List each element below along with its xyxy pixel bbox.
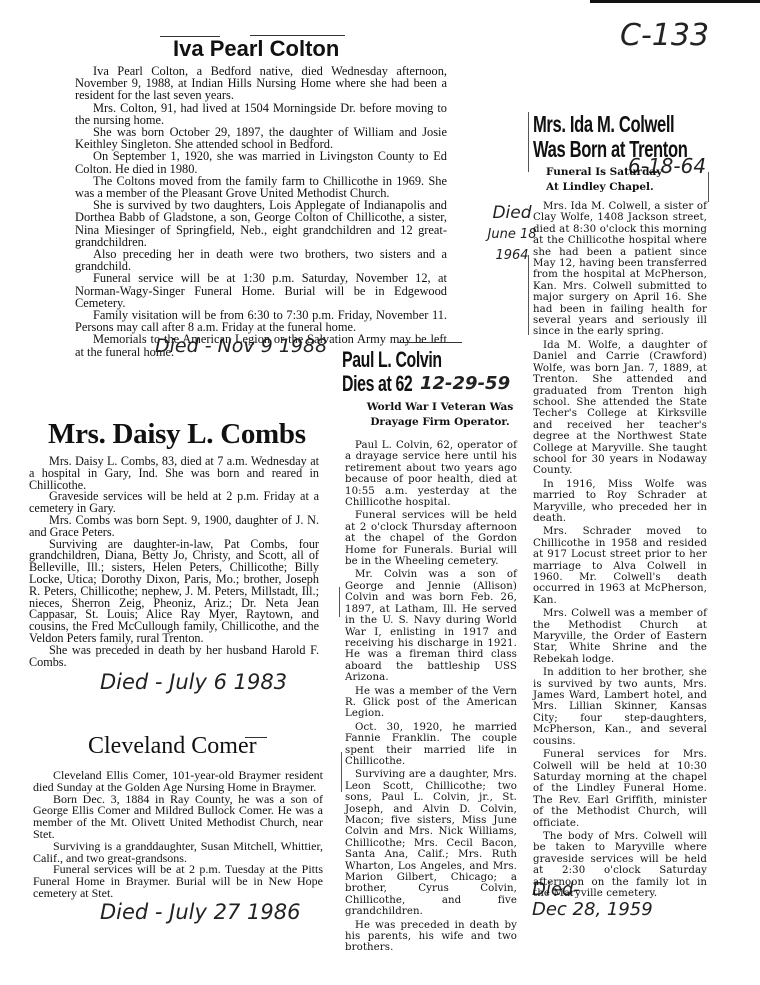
- paragraph: He was preceded in death by his parents,…: [345, 920, 517, 954]
- paragraph: In addition to her brother, she is survi…: [533, 667, 707, 747]
- handwritten-date: 12-29-59: [420, 373, 510, 394]
- note-line: June 18: [482, 224, 542, 245]
- paragraph: Paul L. Colvin, 62, operator of a drayag…: [345, 440, 517, 508]
- subheadline-line-2: At Lindley Chapel.: [546, 180, 706, 195]
- handwritten-death-date: Died - July 6 1983: [100, 670, 287, 694]
- paragraph: Surviving are daughter-in-law, Pat Combs…: [29, 539, 319, 645]
- paragraph: She is survived by two daughters, Lois A…: [75, 199, 447, 248]
- article-body: Mrs. Daisy L. Combs, 83, died at 7 a.m. …: [29, 456, 319, 668]
- handwritten-death-date: Died - Nov 9 1988: [155, 335, 327, 357]
- paragraph: Graveside services will be held at 2 p.m…: [29, 491, 319, 515]
- paragraph: Funeral services will be held at 2 o'clo…: [345, 510, 517, 567]
- article-body: Mrs. Ida M. Colwell, a sister of Clay Wo…: [533, 201, 707, 901]
- subheadline-line-2: Drayage Firm Operator.: [355, 415, 525, 430]
- paragraph: She was preceded in death by her husband…: [29, 645, 319, 669]
- clipping-edge: [528, 255, 529, 335]
- paragraph: In 1916, Miss Wolfe was married to Roy S…: [533, 479, 707, 525]
- headline: Mrs. Daisy L. Combs: [48, 418, 306, 451]
- note-line: 1964: [482, 245, 542, 266]
- handwritten-death-date: Died - July 27 1986: [100, 900, 300, 924]
- article-body: Cleveland Ellis Comer, 101-year-old Bray…: [33, 770, 323, 900]
- paragraph: Surviving is a granddaughter, Susan Mitc…: [33, 841, 323, 865]
- paragraph: Cleveland Ellis Comer, 101-year-old Bray…: [33, 770, 323, 794]
- paragraph: Surviving are a daughter, Mrs. Leon Scot…: [345, 769, 517, 917]
- article-body: Iva Pearl Colton, a Bedford native, died…: [75, 65, 447, 358]
- subheadline-line-1: Funeral Is Saturday: [546, 165, 706, 180]
- clipping-edge: [708, 172, 709, 202]
- note-line: Dec 28, 1959: [532, 900, 653, 920]
- top-edge-bar: [590, 0, 760, 3]
- headline-line-1: Paul L. Colvin: [342, 348, 442, 372]
- headline: Cleveland Comer: [88, 733, 257, 760]
- paragraph: Mrs. Combs was born Sept. 9, 1900, daugh…: [29, 515, 319, 539]
- subheadline-line-1: World War I Veteran Was: [355, 400, 525, 415]
- paragraph: Mrs. Colwell was a member of the Methodi…: [533, 608, 707, 665]
- paragraph: Mrs. Schrader moved to Chillicothe in 19…: [533, 526, 707, 606]
- catalog-number: C-133: [620, 18, 709, 53]
- subheadline: World War I Veteran Was Drayage Firm Ope…: [355, 400, 525, 430]
- paragraph: Born Dec. 3, 1884 in Ray County, he was …: [33, 794, 323, 841]
- clipping-edge: [528, 112, 529, 172]
- subheadline: Funeral Is Saturday At Lindley Chapel.: [546, 165, 706, 195]
- headline-line-1: Mrs. Ida M. Colwell: [533, 112, 687, 137]
- clipping-edge: [341, 752, 342, 792]
- paragraph: Iva Pearl Colton, a Bedford native, died…: [75, 65, 447, 102]
- clipping-edge: [339, 587, 340, 617]
- paragraph: Ida M. Wolfe, a daughter of Daniel and C…: [533, 340, 707, 477]
- paragraph: Funeral service will be at 1:30 p.m. Sat…: [75, 272, 447, 309]
- paragraph: Mr. Colvin was a son of George and Jenni…: [345, 569, 517, 683]
- paragraph: Funeral services for Mrs. Colwell will b…: [533, 749, 707, 829]
- paragraph: Mrs. Colton, 91, had lived at 1504 Morni…: [75, 102, 447, 126]
- paragraph: He was a member of the Vern R. Glick pos…: [345, 686, 517, 720]
- paragraph: Also preceding her in death were two bro…: [75, 248, 447, 272]
- paragraph: Family visitation will be from 6:30 to 7…: [75, 309, 447, 333]
- paragraph: Mrs. Daisy L. Combs, 83, died at 7 a.m. …: [29, 456, 319, 491]
- paragraph: She was born October 29, 1897, the daugh…: [75, 126, 447, 150]
- article-body: Paul L. Colvin, 62, operator of a drayag…: [345, 440, 517, 956]
- divider: [398, 342, 462, 343]
- paragraph: Funeral services will be at 2 p.m. Tuesd…: [33, 864, 323, 899]
- paragraph: On September 1, 1920, she was married in…: [75, 150, 447, 174]
- handwritten-death-date: Died June 18 1964: [482, 203, 542, 266]
- headline: Iva Pearl Colton: [173, 36, 339, 62]
- paragraph: Oct. 30, 1920, he married Fannie Frankli…: [345, 722, 517, 768]
- paragraph: Mrs. Ida M. Colwell, a sister of Clay Wo…: [533, 201, 707, 338]
- paragraph: The Coltons moved from the family farm t…: [75, 175, 447, 199]
- paragraph: The body of Mrs. Colwell will be taken t…: [533, 831, 707, 899]
- note-line: Died: [482, 203, 542, 224]
